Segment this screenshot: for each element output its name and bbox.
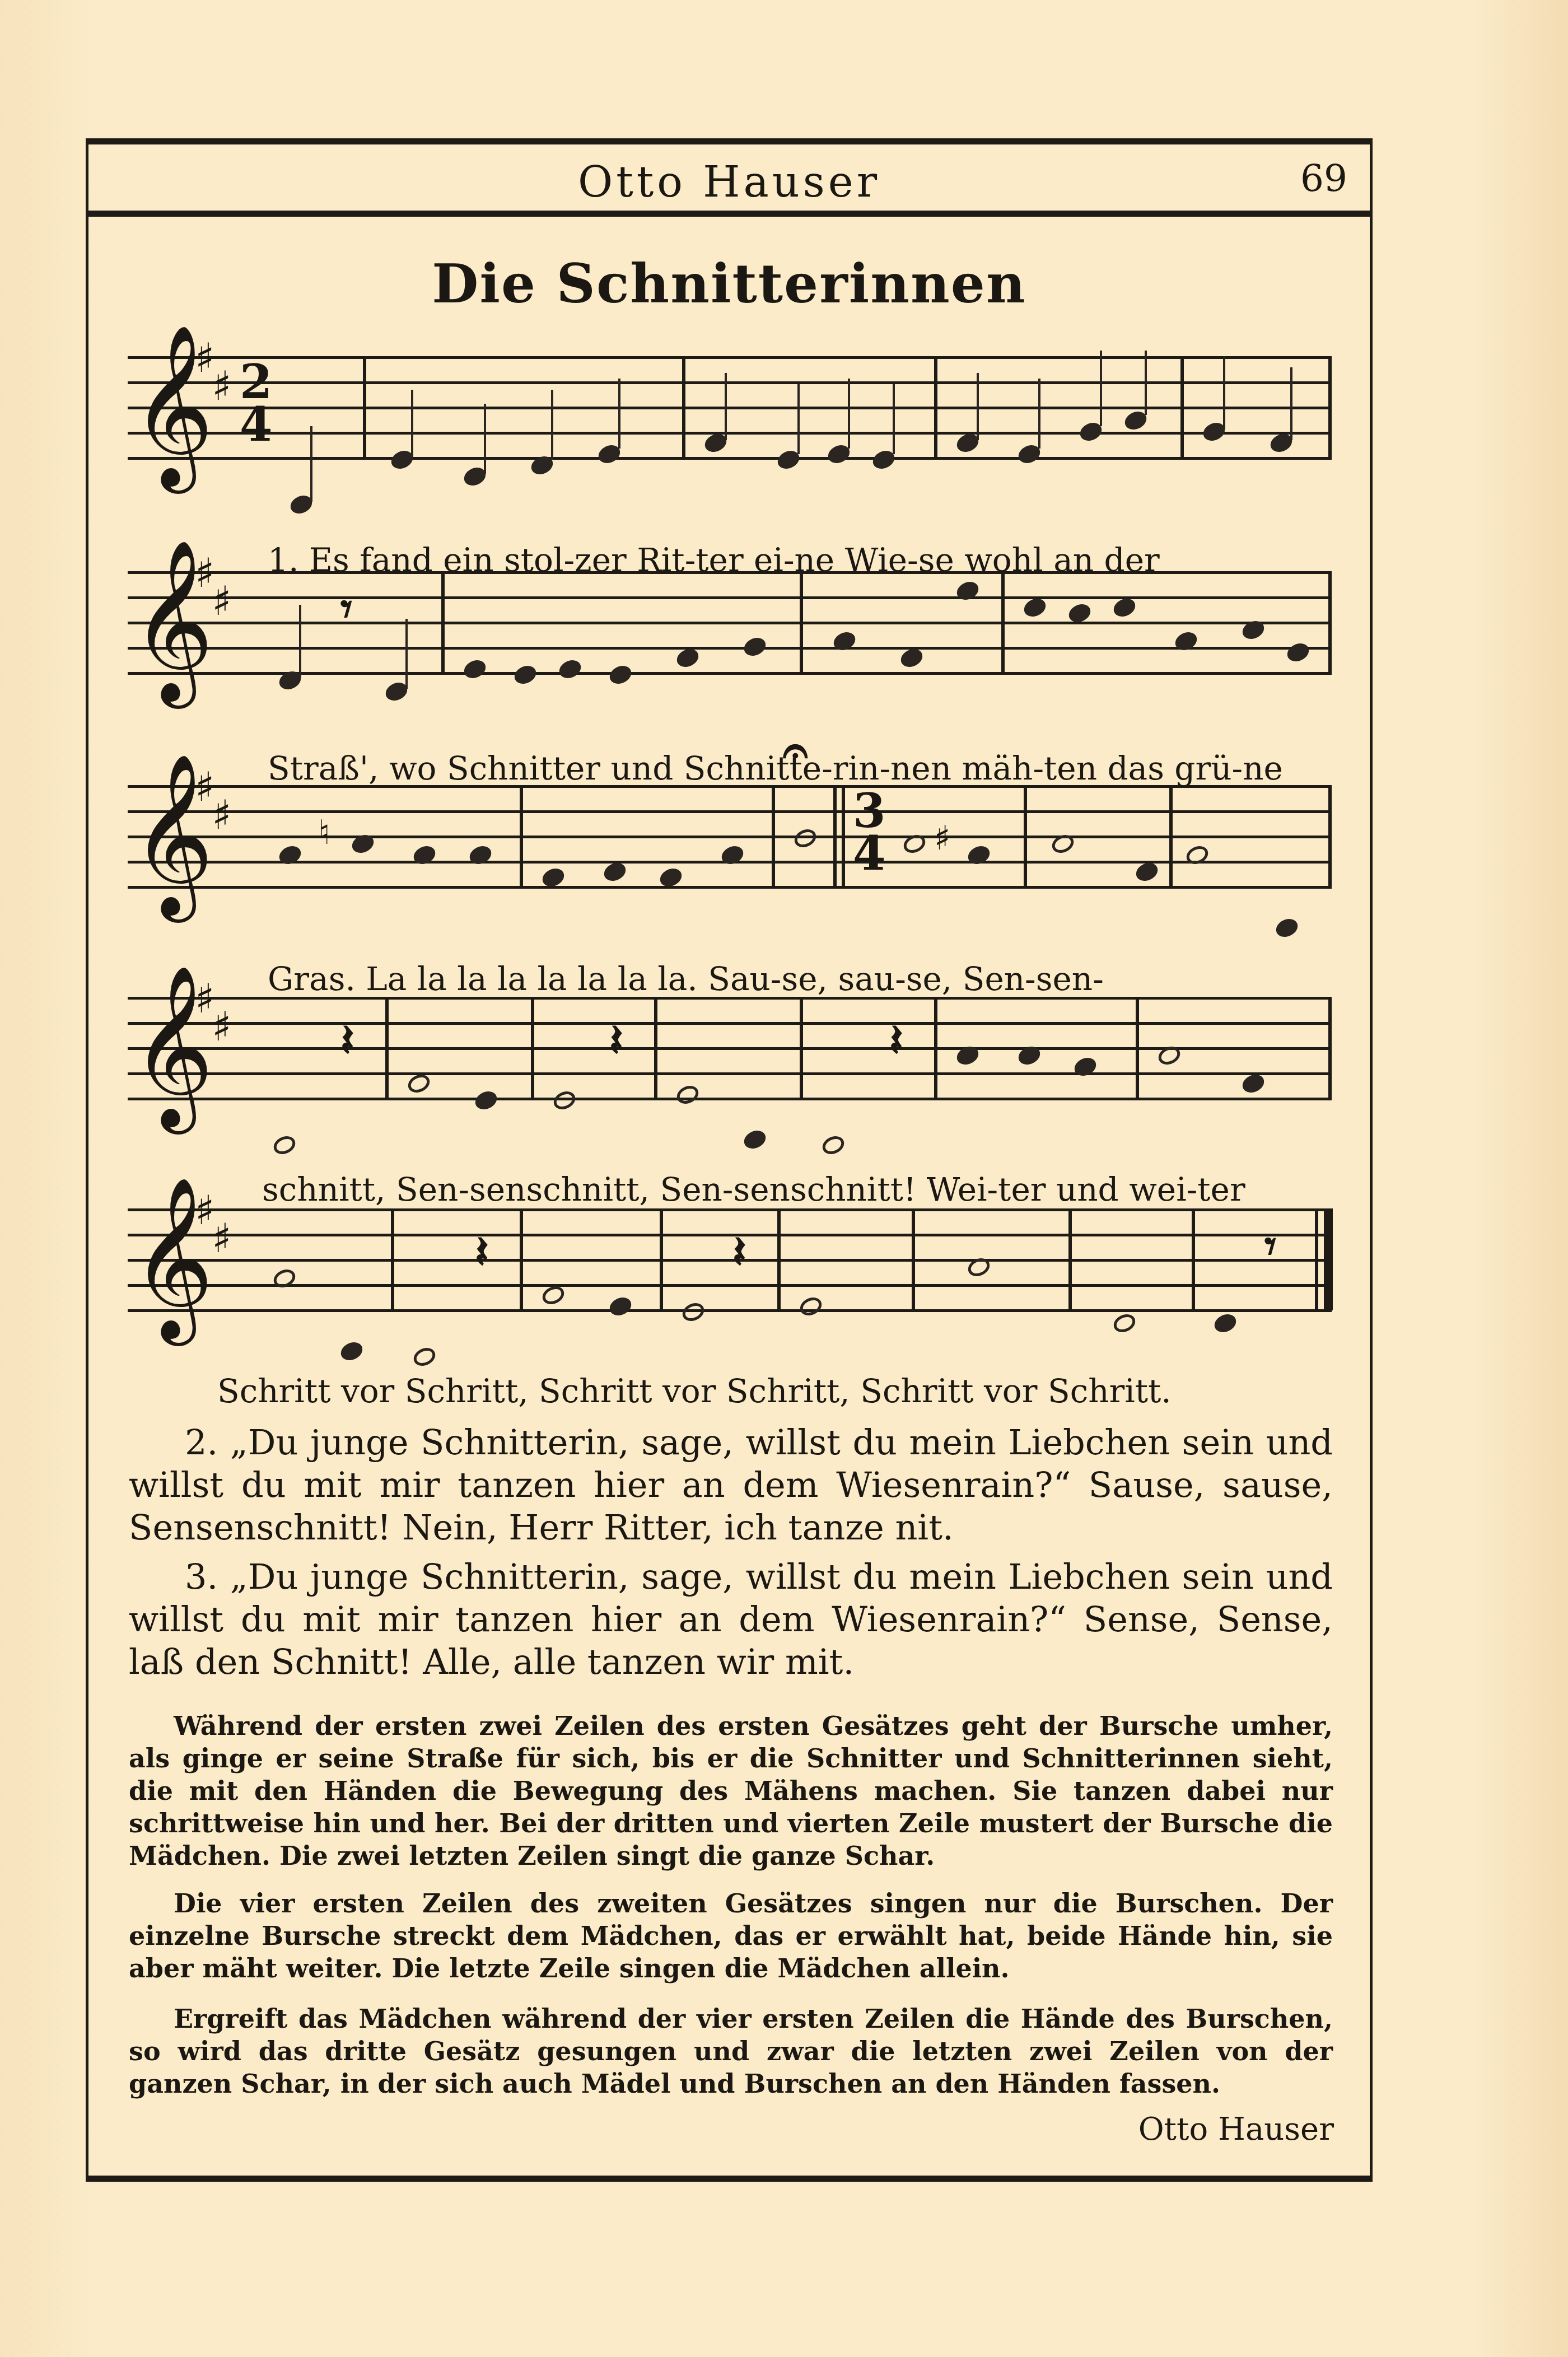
instruction-paragraph-2: Die vier ersten Zeilen des zweiten Gesät… bbox=[129, 1887, 1333, 1985]
time-signature-3-4: 34 bbox=[853, 790, 885, 874]
instruction-paragraph-3: Ergreift das Mädchen während der vier er… bbox=[129, 2003, 1333, 2100]
sharp-icon: ♯ bbox=[212, 362, 231, 409]
page-number: 69 bbox=[1300, 157, 1347, 200]
final-barline bbox=[1315, 1208, 1332, 1310]
author-signature: Otto Hauser bbox=[1138, 2111, 1334, 2148]
staff: 𝄞 ♯ ♯ 𝄾 bbox=[128, 571, 1332, 673]
staff: 𝄞 ♯ ♯ 𝄽 𝄽 𝄾 bbox=[128, 1208, 1332, 1310]
quarter-rest-icon: 𝄽 bbox=[889, 1014, 903, 1067]
fermata-icon: 𝄐 bbox=[783, 724, 808, 777]
verse-2: 2. „Du junge Schnitterin, sage, willst d… bbox=[129, 1421, 1333, 1549]
lyrics-line-4: schnitt, Sen-senschnitt, Sen-senschnitt!… bbox=[262, 1170, 1332, 1208]
lyrics-line-5: Schritt vor Schritt, Schritt vor Schritt… bbox=[217, 1372, 1332, 1410]
eighth-rest-icon: 𝄾 bbox=[340, 582, 352, 636]
sharp-icon: ♯ bbox=[212, 1002, 231, 1050]
quarter-rest-icon: 𝄽 bbox=[340, 1014, 354, 1067]
time-signature-2-4: 24 bbox=[240, 361, 272, 445]
quarter-rest-icon: 𝄽 bbox=[609, 1014, 623, 1067]
running-header: Otto Hauser 69 bbox=[88, 144, 1370, 217]
instruction-paragraph-1: Während der ersten zwei Zeilen des erste… bbox=[129, 1710, 1333, 1872]
running-title: Otto Hauser bbox=[88, 157, 1370, 207]
staff: 𝄞 ♯ ♯ ♮ 𝄐 34 ♯ bbox=[128, 785, 1332, 887]
page-frame: Otto Hauser 69 Die Schnitterinnen 𝄞 ♯ ♯ … bbox=[86, 138, 1373, 2182]
sharp-icon: ♯ bbox=[212, 791, 231, 838]
sharp-icon: ♯ bbox=[934, 819, 950, 858]
staff: 𝄞 ♯ ♯ 𝄽 𝄽 𝄽 bbox=[128, 997, 1332, 1099]
song-title: Die Schnitterinnen bbox=[88, 252, 1370, 315]
quarter-rest-icon: 𝄽 bbox=[732, 1225, 746, 1278]
eighth-rest-icon: 𝄾 bbox=[1264, 1220, 1276, 1273]
staff: 𝄞 ♯ ♯ 24 bbox=[128, 356, 1332, 458]
lyrics-line-3: Gras. La la la la la la la la. Sau-se, s… bbox=[268, 960, 1332, 998]
sharp-icon: ♯ bbox=[212, 577, 231, 624]
natural-icon: ♮ bbox=[318, 813, 330, 852]
sharp-icon: ♯ bbox=[212, 1214, 231, 1262]
quarter-rest-icon: 𝄽 bbox=[475, 1225, 488, 1278]
verse-3: 3. „Du junge Schnitterin, sage, willst d… bbox=[129, 1556, 1333, 1683]
